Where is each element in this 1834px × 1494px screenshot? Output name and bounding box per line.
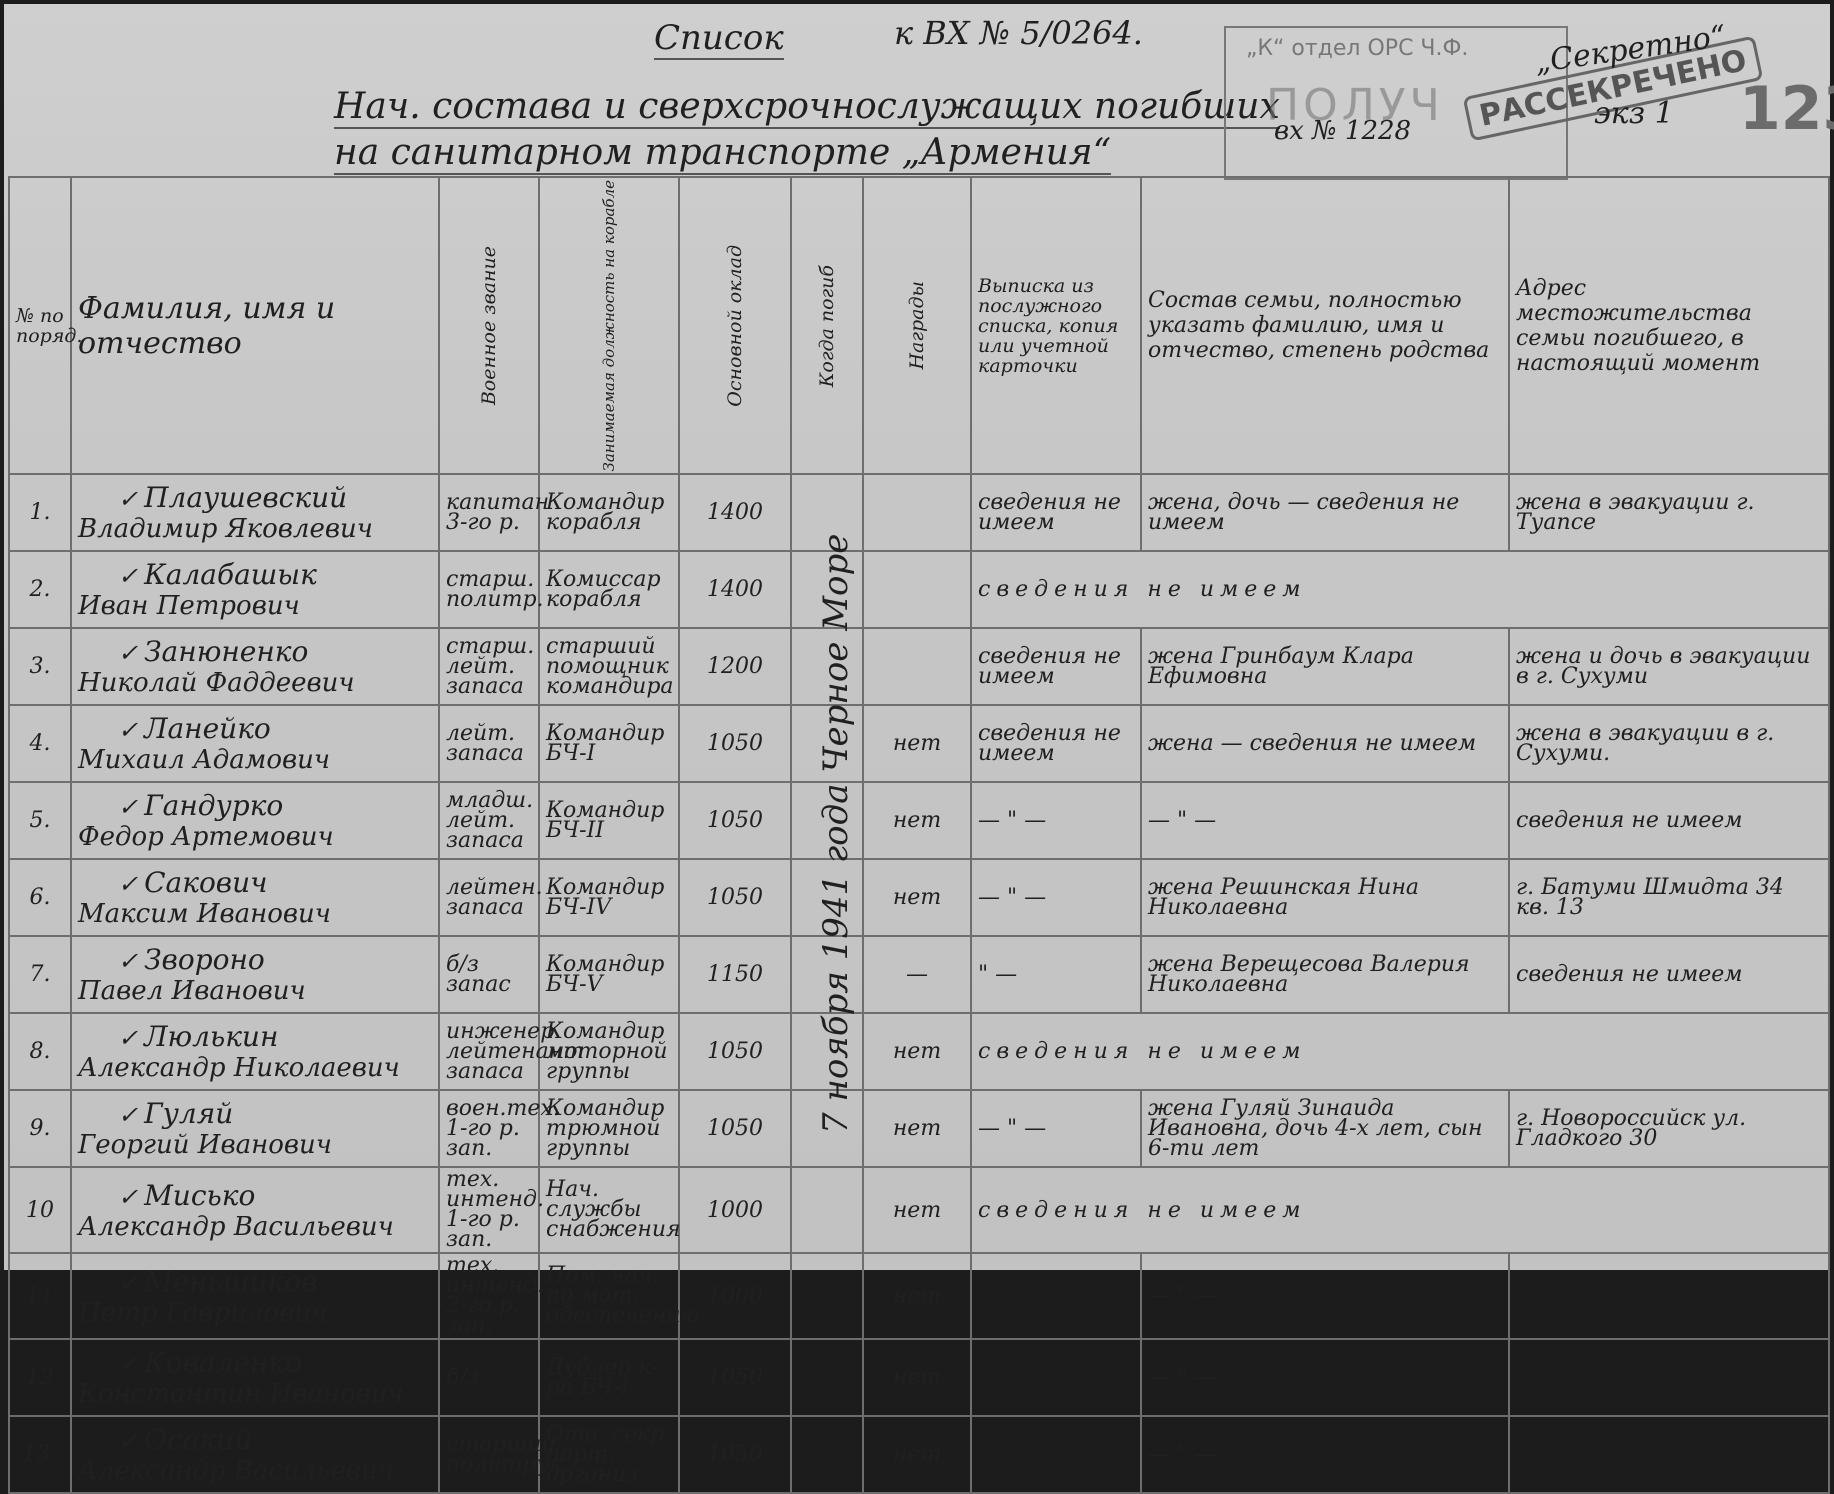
position: Пом. нач. по мат. обеспечению — [539, 1253, 679, 1281]
surname: ✓Гандурко — [78, 789, 432, 822]
col-header-name: Фамилия, имя и отчество — [71, 177, 439, 474]
military-rank: старш. лейт. запаса — [439, 628, 539, 705]
awards: — — [863, 936, 971, 1013]
checkmark-icon: ✓ — [118, 870, 138, 898]
table-row: 7. ✓Звороно Павел Иванович б/з запас Ком… — [9, 936, 1829, 1013]
military-rank: тех. интенд. 2-го р. зап. — [439, 1253, 539, 1281]
given-name-patronymic: Георгий Иванович — [78, 1130, 432, 1160]
family-address: жена и дочь в эвакуации в г. Сухуми — [1509, 628, 1829, 705]
col-header-rank: Военное звание — [439, 177, 539, 474]
row-number: 4. — [9, 705, 71, 782]
base-salary: 1400 — [679, 474, 791, 551]
row-number: 5. — [9, 782, 71, 859]
row-number: 9. — [9, 1090, 71, 1167]
awards: нет — [863, 1167, 971, 1253]
position: Командир БЧ-I — [539, 705, 679, 782]
position: Командир трюмной группы — [539, 1090, 679, 1167]
position: Командир БЧ-II — [539, 782, 679, 859]
row-number: 2. — [9, 551, 71, 628]
position: Командир корабля — [539, 474, 679, 551]
military-rank: лейт. запаса — [439, 705, 539, 782]
full-name-cell: ✓Занюненко Николай Фаддеевич — [71, 628, 439, 705]
subtitle-line-1: Нач. состава и сверхсрочнослужащих погиб… — [334, 86, 1280, 129]
full-name-cell: ✓Плаушевский Владимир Яковлевич — [71, 474, 439, 551]
given-name-patronymic: Михаил Адамович — [78, 745, 432, 775]
family-address: жена в эвакуации г. Туапсе — [1509, 474, 1829, 551]
table-row: 9. ✓Гуляй Георгий Иванович воен.тех. 1-г… — [9, 1090, 1829, 1167]
service-extract: сведения не имеем — [971, 628, 1141, 705]
given-name-patronymic: Павел Иванович — [78, 976, 432, 1006]
col-header-salary: Основной оклад — [679, 177, 791, 474]
table-row: 5. ✓Гандурко Федор Артемович младш. лейт… — [9, 782, 1829, 859]
row-number: 8. — [9, 1013, 71, 1090]
surname: ✓Калабашык — [78, 558, 432, 591]
family-address: г. Новороссийск ул. Гладкого 30 — [1509, 1090, 1829, 1167]
table-row: 2. ✓Калабашык Иван Петрович старш. полит… — [9, 551, 1829, 628]
copy-number: экз 1 — [1594, 96, 1674, 131]
reference-number: к ВХ № 5/0264. — [894, 14, 1143, 52]
base-salary: 1000 — [679, 1167, 791, 1253]
service-extract — [971, 1253, 1141, 1281]
surname: ✓Ланейко — [78, 712, 432, 745]
full-name-cell: ✓Звороно Павел Иванович — [71, 936, 439, 1013]
base-salary: 1050 — [679, 705, 791, 782]
military-rank: б/з запас — [439, 936, 539, 1013]
no-information-note: сведения не имеем — [971, 551, 1829, 628]
awards: нет — [863, 782, 971, 859]
surname: ✓Люлькин — [78, 1020, 432, 1053]
subtitle-line-2: на санитарном транспорте „Армения“ — [334, 132, 1111, 175]
table-row: 11 ✓Меньшиков Петр Гаврилович тех. интен… — [9, 1253, 1829, 1281]
awards: нет — [863, 705, 971, 782]
military-rank: младш. лейт. запаса — [439, 782, 539, 859]
row-number: 10 — [9, 1167, 71, 1253]
checkmark-icon: ✓ — [118, 1024, 138, 1052]
table-row: 4. ✓Ланейко Михаил Адамович лейт. запаса… — [9, 705, 1829, 782]
awards — [863, 551, 971, 628]
checkmark-icon: ✓ — [118, 639, 138, 667]
table-row: 6. ✓Сакович Максим Иванович лейтен. запа… — [9, 859, 1829, 936]
incoming-number: вх № 1228 — [1274, 116, 1411, 146]
base-salary: 1400 — [679, 551, 791, 628]
given-name-patronymic: Владимир Яковлевич — [78, 514, 432, 544]
position: Нач. службы снабжения — [539, 1167, 679, 1253]
family-composition: жена — сведения не имеем — [1141, 705, 1509, 782]
no-information-note: сведения не имеем — [971, 1013, 1829, 1090]
family-address — [1509, 1253, 1829, 1281]
awards — [863, 628, 971, 705]
surname: ✓Звороно — [78, 943, 432, 976]
full-name-cell: ✓Мисько Александр Васильевич — [71, 1167, 439, 1253]
given-name-patronymic: Иван Петрович — [78, 591, 432, 621]
given-name-patronymic: Николай Фаддеевич — [78, 668, 432, 698]
service-extract: — " — — [971, 1090, 1141, 1167]
family-composition: — " — — [1141, 1253, 1509, 1281]
family-composition: жена Решинская Нина Николаевна — [1141, 859, 1509, 936]
col-header-service-extract: Выписка из послужного списка, копия или … — [971, 177, 1141, 474]
checkmark-icon: ✓ — [118, 485, 138, 513]
family-composition: — " — — [1141, 782, 1509, 859]
checkmark-icon: ✓ — [118, 1101, 138, 1129]
service-extract: — " — — [971, 859, 1141, 936]
row-number: 11 — [9, 1253, 71, 1281]
military-rank: воен.тех. 1-го р. зап. — [439, 1090, 539, 1167]
position: Командир моторной группы — [539, 1013, 679, 1090]
family-address: жена в эвакуации в г. Сухуми. — [1509, 705, 1829, 782]
awards — [863, 474, 971, 551]
service-extract: сведения не имеем — [971, 474, 1141, 551]
position: Командир БЧ-V — [539, 936, 679, 1013]
col-header-address: Адрес местожительства семьи погибшего, в… — [1509, 177, 1829, 474]
archival-document: Список к ВХ № 5/0264. Нач. состава и све… — [4, 4, 1830, 1270]
family-composition: жена Верещесова Валерия Николаевна — [1141, 936, 1509, 1013]
base-salary: 1050 — [679, 859, 791, 936]
surname: ✓Сакович — [78, 866, 432, 899]
given-name-patronymic: Максим Иванович — [78, 899, 432, 929]
given-name-patronymic: Федор Артемович — [78, 822, 432, 852]
row-number: 3. — [9, 628, 71, 705]
military-rank: инженер лейтенант запаса — [439, 1013, 539, 1090]
surname: ✓Занюненко — [78, 635, 432, 668]
position: Комиссар корабля — [539, 551, 679, 628]
family-address: г. Батуми Шмидта 34 кв. 13 — [1509, 859, 1829, 936]
base-salary: 1150 — [679, 936, 791, 1013]
military-rank: тех. интенд. 1-го р. зап. — [439, 1167, 539, 1253]
family-address: сведения не имеем — [1509, 782, 1829, 859]
given-name-patronymic: Александр Васильевич — [78, 1212, 432, 1242]
surname: ✓Плаушевский — [78, 481, 432, 514]
base-salary: 1000 — [679, 1253, 791, 1281]
given-name-patronymic: Александр Николаевич — [78, 1053, 432, 1083]
document-title: Список — [654, 18, 784, 60]
full-name-cell: ✓Калабашык Иван Петрович — [71, 551, 439, 628]
military-rank: старш. политр. — [439, 551, 539, 628]
family-address: сведения не имеем — [1509, 936, 1829, 1013]
surname: ✓Мисько — [78, 1179, 432, 1212]
table-row: 8. ✓Люлькин Александр Николаевич инженер… — [9, 1013, 1829, 1090]
service-extract: — " — — [971, 782, 1141, 859]
family-composition: жена Гуляй Зинаида Ивановна, дочь 4-х ле… — [1141, 1090, 1509, 1167]
table-row: 1. ✓Плаушевский Владимир Яковлевич капит… — [9, 474, 1829, 551]
when-died-note: 7 ноября 1941 года Черное Море — [816, 404, 866, 1264]
full-name-cell: ✓Гандурко Федор Артемович — [71, 782, 439, 859]
full-name-cell: ✓Ланейко Михаил Адамович — [71, 705, 439, 782]
surname: ✓Меньшиков — [78, 1265, 432, 1281]
military-rank: лейтен. запаса — [439, 859, 539, 936]
col-header-post: Занимаемая должность на корабле — [539, 177, 679, 474]
row-number: 1. — [9, 474, 71, 551]
col-header-number: № по поряд. — [9, 177, 71, 474]
checkmark-icon: ✓ — [118, 1269, 138, 1281]
col-header-family: Состав семьи, полностью указать фамилию,… — [1141, 177, 1509, 474]
table-row: 10 ✓Мисько Александр Васильевич тех. инт… — [9, 1167, 1829, 1253]
stamp-department: „К“ отдел ОРС Ч.Ф. — [1246, 36, 1468, 61]
awards: нет — [863, 1013, 971, 1090]
checkmark-icon: ✓ — [118, 1183, 138, 1211]
service-extract: сведения не имеем — [971, 705, 1141, 782]
page-number: 123 — [1739, 74, 1834, 144]
no-information-note: сведения не имеем — [971, 1167, 1829, 1253]
position: старший помощник командира — [539, 628, 679, 705]
military-rank: капитан 3-го р. — [439, 474, 539, 551]
family-composition: жена, дочь — сведения не имеем — [1141, 474, 1509, 551]
checkmark-icon: ✓ — [118, 947, 138, 975]
surname: ✓Гуляй — [78, 1097, 432, 1130]
full-name-cell: ✓Гуляй Георгий Иванович — [71, 1090, 439, 1167]
awards: нет — [863, 1090, 971, 1167]
personnel-table: № по поряд. Фамилия, имя и отчество Воен… — [8, 176, 1830, 1281]
position: Командир БЧ-IV — [539, 859, 679, 936]
base-salary: 1050 — [679, 782, 791, 859]
base-salary: 1050 — [679, 1013, 791, 1090]
base-salary: 1050 — [679, 1090, 791, 1167]
table-header-row: № по поряд. Фамилия, имя и отчество Воен… — [9, 177, 1829, 474]
checkmark-icon: ✓ — [118, 793, 138, 821]
table-row: 3. ✓Занюненко Николай Фаддеевич старш. л… — [9, 628, 1829, 705]
row-number: 6. — [9, 859, 71, 936]
service-extract: " — — [971, 936, 1141, 1013]
col-header-awards: Награды — [863, 177, 971, 474]
checkmark-icon: ✓ — [118, 716, 138, 744]
family-composition: жена Гринбаум Клара Ефимовна — [1141, 628, 1509, 705]
awards: нет — [863, 859, 971, 936]
awards: нет — [863, 1253, 971, 1281]
full-name-cell: ✓Меньшиков Петр Гаврилович — [71, 1253, 439, 1281]
full-name-cell: ✓Люлькин Александр Николаевич — [71, 1013, 439, 1090]
checkmark-icon: ✓ — [118, 562, 138, 590]
full-name-cell: ✓Сакович Максим Иванович — [71, 859, 439, 936]
row-number: 7. — [9, 936, 71, 1013]
base-salary: 1200 — [679, 628, 791, 705]
